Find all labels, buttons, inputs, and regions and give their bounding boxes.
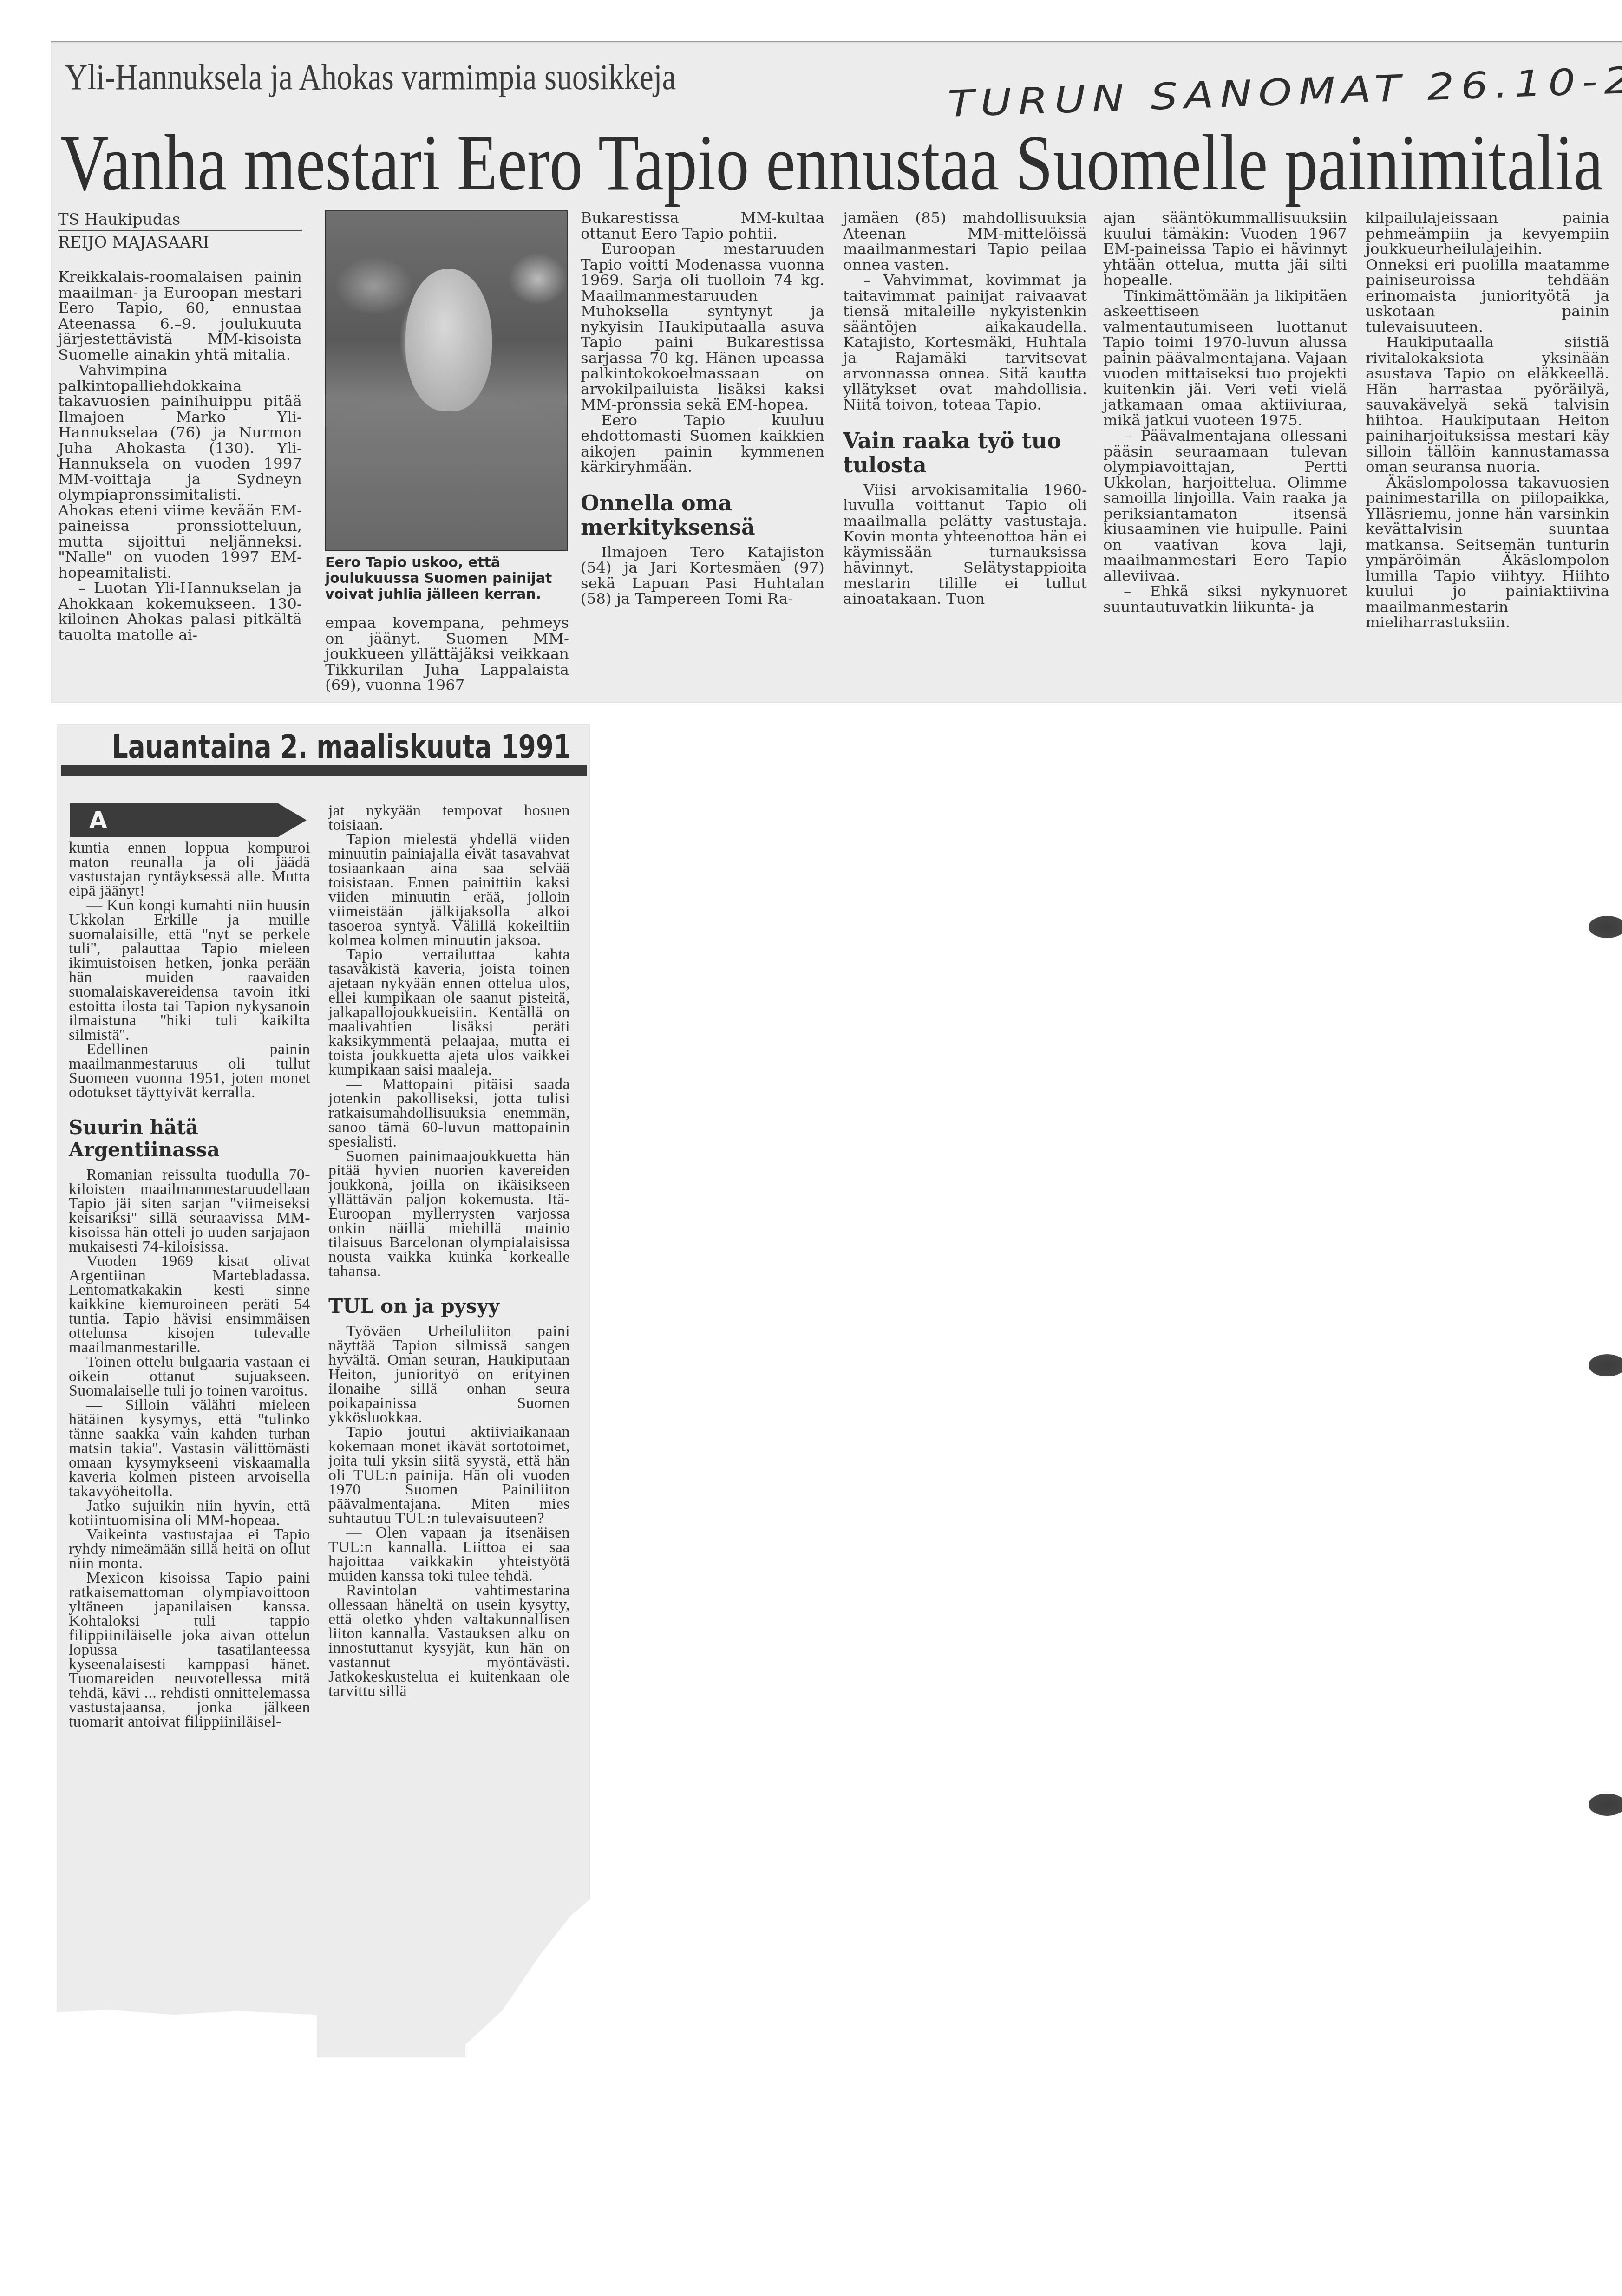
subheading: Suurin hätä Argentiinassa <box>69 1116 310 1161</box>
paragraph: Suomen painimaajoukkuetta hän pitää hyvi… <box>328 1149 570 1278</box>
paragraph: Haukiputaalla siistiä rivitalokaksiota y… <box>1366 335 1609 475</box>
paragraph: empaa kovempana, pehmeys on jäänyt. Suom… <box>325 615 569 693</box>
paragraph: Vaikeinta vastustajaa ei Tapio ryhdy nim… <box>69 1527 310 1571</box>
kicker-headline: Yli-Hannuksela ja Ahokas varmimpia suosi… <box>65 56 676 98</box>
paragraph: Jatko sujuikin niin hyvin, että kotiintu… <box>69 1499 310 1527</box>
paragraph: Mexicon kisoissa Tapio paini ratkaisemat… <box>69 1571 310 1729</box>
paragraph: Äkäslompolossa takavuosien painimestaril… <box>1366 475 1609 631</box>
photo-caption: Eero Tapio uskoo, että joulukuussa Suome… <box>325 555 569 602</box>
article-column-1: kuntia ennen loppua kompuroi maton reuna… <box>69 841 310 1729</box>
paragraph: Bukarestissa MM-kultaa ottanut Eero Tapi… <box>581 210 824 241</box>
paragraph: — Kun kongi kumahti niin huusin Ukkolan … <box>69 898 310 1042</box>
paragraph: jat nykyään tempovat hosuen toisiaan. <box>328 803 570 832</box>
paragraph: Ravintolan vahtimestarina ollessaan häne… <box>328 1583 570 1698</box>
paragraph: Vahvimpina palkintopalliehdokkaina takav… <box>58 363 302 581</box>
torn-edge <box>57 1932 317 2057</box>
section-arrow-badge: A <box>70 803 307 837</box>
paragraph: Työväen Urheiluliiton paini näyttää Tapi… <box>328 1324 570 1425</box>
paragraph: Tapio vertailuttaa kahta tasaväkistä kav… <box>328 947 570 1077</box>
subheading: Onnella oma merkityksensä <box>581 491 824 539</box>
paragraph: Vuoden 1969 kisat olivat Argentiinan Mar… <box>69 1254 310 1355</box>
paragraph: Tinkimättömään ja likipitäen askeettisee… <box>1103 288 1347 429</box>
paragraph: Tapio joutui aktiiviaikanaan kokemaan mo… <box>328 1425 570 1526</box>
article-column-4: jamäen (85) mahdollisuuksia Ateenan MM-m… <box>843 210 1087 607</box>
date-header: Lauantaina 2. maaliskuuta 1991 <box>112 728 571 765</box>
paragraph: Kreikkalais-roomalaisen painin maailman-… <box>58 269 302 363</box>
paragraph: — Olen vapaan ja itsenäisen TUL:n kannal… <box>328 1526 570 1583</box>
paragraph: Euroopan mestaruuden Tapio voitti Modena… <box>581 241 824 413</box>
header-rule <box>61 765 587 776</box>
subheading: Vain raaka työ tuo tulosta <box>843 429 1087 477</box>
photo-figure-body <box>326 394 567 550</box>
paragraph: Viisi arvokisamitalia 1960-luvulla voitt… <box>843 483 1087 607</box>
article-column-2: jat nykyään tempovat hosuen toisiaan. Ta… <box>328 803 570 1698</box>
article-column-1: TS Haukipudas REIJO MAJASAARI Kreikkalai… <box>58 210 302 643</box>
paragraph: — Mattopaini pitäisi saada jotenkin pako… <box>328 1077 570 1149</box>
clipping-turun-sanomat: Yli-Hannuksela ja Ahokas varmimpia suosi… <box>51 41 1622 703</box>
paragraph: Ilmajoen Tero Katajiston (54) ja Jari Ko… <box>581 545 824 607</box>
paragraph: Tapion mielestä yhdellä viiden minuutin … <box>328 832 570 947</box>
binder-hole <box>1589 916 1622 938</box>
paragraph: – Ehkä siksi nykynuoret suuntautuvatkin … <box>1103 584 1347 615</box>
clipping-1991: Lauantaina 2. maaliskuuta 1991 A kuntia … <box>57 724 590 2057</box>
article-column-2: Eero Tapio uskoo, että joulukuussa Suome… <box>325 210 569 693</box>
portrait-photo <box>325 210 568 551</box>
article-column-6: kilpailulajeissaan painia pehmeämpiin ja… <box>1366 210 1609 631</box>
paragraph: jamäen (85) mahdollisuuksia Ateenan MM-m… <box>843 210 1087 273</box>
handwritten-source-note: TURUN SANOMAT 26.10-2001 <box>947 55 1622 125</box>
paragraph: ajan sääntökummallisuuksiin kuului tämäk… <box>1103 210 1347 288</box>
main-headline: Vanha mestari Eero Tapio ennustaa Suomel… <box>60 119 1603 207</box>
paragraph: – Luotan Yli-Hannukselan ja Ahokkaan kok… <box>58 581 302 643</box>
paragraph: – Päävalmentajana ollessani pääsin seura… <box>1103 428 1347 584</box>
section-letter: A <box>89 806 107 834</box>
article-column-3: Bukarestissa MM-kultaa ottanut Eero Tapi… <box>581 210 824 607</box>
article-column-5: ajan sääntökummallisuuksiin kuului tämäk… <box>1103 210 1347 615</box>
photo-figure-head <box>405 269 492 411</box>
paragraph: — Silloin välähti mieleen hätäinen kysym… <box>69 1398 310 1499</box>
paragraph: Romanian reissulta tuodulla 70-kiloisten… <box>69 1168 310 1254</box>
paragraph: Edellinen painin maailmanmestaruus oli t… <box>69 1042 310 1100</box>
paragraph: kuntia ennen loppua kompuroi maton reuna… <box>69 841 310 898</box>
torn-edge <box>465 1899 590 2057</box>
byline-author: REIJO MAJASAARI <box>58 233 302 252</box>
binder-hole <box>1589 1354 1622 1376</box>
paragraph: Toinen ottelu bulgaaria vastaan ei oikei… <box>69 1355 310 1398</box>
paragraph: – Vahvimmat, kovimmat ja taitavimmat pai… <box>843 273 1087 413</box>
binder-hole <box>1589 1794 1622 1816</box>
paragraph: Eero Tapio kuuluu ehdottomasti Suomen ka… <box>581 413 824 475</box>
byline-location: TS Haukipudas <box>58 210 302 231</box>
paragraph: kilpailulajeissaan painia pehmeämpiin ja… <box>1366 210 1609 335</box>
subheading: TUL on ja pysyy <box>328 1295 570 1318</box>
